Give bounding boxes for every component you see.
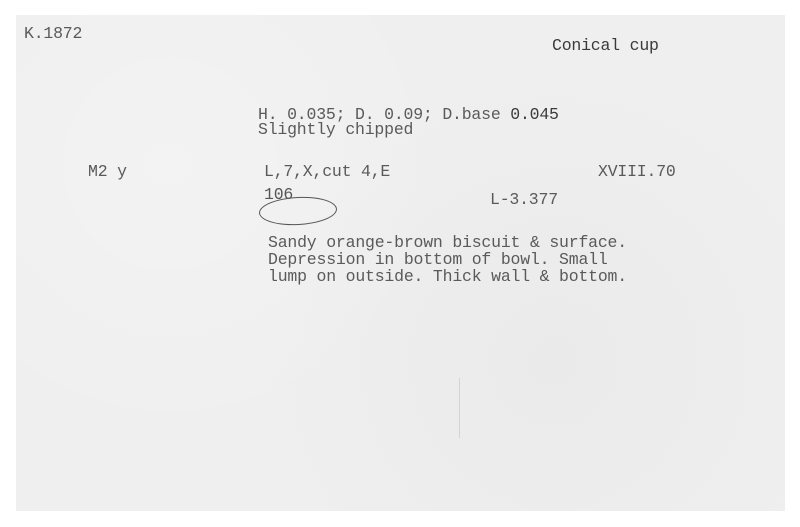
find-location: L,7,X,cut 4,E — [264, 163, 390, 180]
description-line-1: Sandy orange-brown biscuit & surface. — [268, 234, 627, 251]
inventory-number: L-3.377 — [490, 191, 558, 208]
condition: Slightly chipped — [258, 121, 413, 138]
description-line-2: Depression in bottom of bowl. Small — [268, 251, 608, 268]
description-line-3: lump on outside. Thick wall & bottom. — [268, 268, 627, 285]
object-type: Conical cup — [552, 37, 659, 54]
base-diameter-value: 0.045 — [510, 105, 559, 124]
paper-crease — [459, 378, 460, 438]
context-code: M2 y — [88, 163, 127, 180]
circled-number: 106 — [264, 186, 293, 203]
catalog-card: K.1872 Conical cup H. 0.035; D. 0.09; D.… — [16, 15, 785, 511]
catalog-number: K.1872 — [24, 25, 82, 42]
plate-reference: XVIII.70 — [598, 163, 676, 180]
